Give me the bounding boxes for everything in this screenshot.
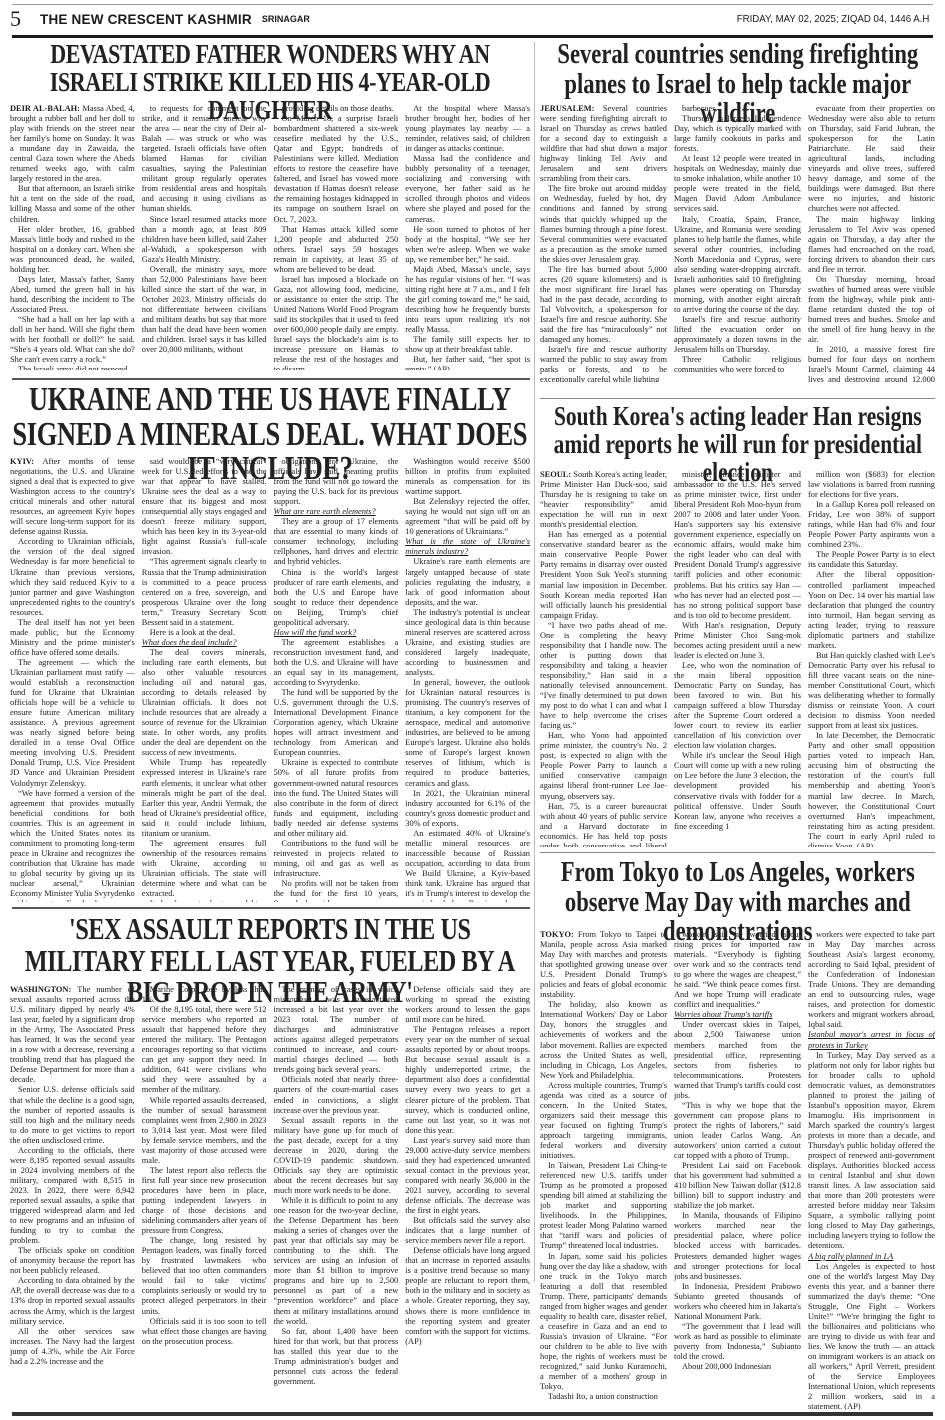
story-columns: WASHINGTON: The number of sexual assault… <box>10 985 530 1405</box>
paragraph: The holiday, also known as International… <box>540 1000 667 1080</box>
paragraph: In a Gallup Korea poll released on Frida… <box>808 500 935 550</box>
paragraph: Overall, the ministry says, more than 52… <box>142 265 267 355</box>
paragraph: While reported assaults decreased, the n… <box>142 1096 267 1166</box>
paragraph: “She had a ball on her lap with a doll i… <box>10 315 135 365</box>
story-column: TOKYO: From Tokyo to Taipei to Manila, p… <box>540 930 667 1410</box>
paragraph: “This is why we hope that the government… <box>674 1101 801 1161</box>
bottom-rule <box>12 1412 933 1416</box>
story-column: workers were expected to take part in Ma… <box>808 930 935 1410</box>
paragraph: Her older brother, 16, grabbed Massa's l… <box>10 225 135 275</box>
story-columns: KYIV: After months of tense negotiations… <box>10 457 530 902</box>
dateline: WASHINGTON: <box>10 985 77 994</box>
paragraph: “We have formed a version of the agreeme… <box>10 789 135 902</box>
paragraph: SEOUL: South Korea's acting leader, Prim… <box>540 470 667 530</box>
paragraph: In Manila, thousands of Filipino workers… <box>674 1211 801 1281</box>
paragraph: evacuate from their properties on Wednes… <box>808 104 935 215</box>
paragraph: According to Ukrainian officials, the ve… <box>10 537 135 617</box>
subheading: Worries about Trump's tariffs <box>674 1010 801 1020</box>
story-column: WASHINGTON: The number of sexual assault… <box>10 985 135 1405</box>
section-rule <box>540 852 935 853</box>
story-column: to requests for comment on the strike, a… <box>142 104 267 370</box>
paragraph: minister, finance minister and ambassado… <box>674 470 801 621</box>
story-mayday: From Tokyo to Los Angeles, workers obser… <box>540 858 935 1410</box>
section-rule <box>540 398 935 399</box>
paragraph: According to the officials, there were 8… <box>10 1146 135 1246</box>
paragraph: Officials said it is too soon to tell wh… <box>142 1317 267 1347</box>
paragraph: The agreement establishes a reconstructi… <box>274 638 399 688</box>
paragraph: Massa had the confidence and bubbly pers… <box>405 154 530 224</box>
headline: South Korea's acting leader Han resigns … <box>540 402 934 466</box>
paragraph: Sexual assault reports in the military h… <box>274 1116 399 1196</box>
paragraph: “I have two paths ahead of me. One is co… <box>540 621 667 732</box>
story-military: 'SEX ASSAULT REPORTS IN THE US MILITARY … <box>10 913 530 1408</box>
paragraph: So far, about 1,400 have been hired for … <box>274 1327 399 1387</box>
section-rule <box>12 907 530 909</box>
paragraph: Lee, who won the nomination of the main … <box>674 661 801 751</box>
paragraph: The family still expects her to show up … <box>405 335 530 355</box>
issue-date: FRIDAY, MAY 02, 2025; ZIQAD 04, 1446 A.H <box>736 13 929 25</box>
paragraph: Ukraine is expected to contribute 50% of… <box>274 758 399 838</box>
headline: 'SEX ASSAULT REPORTS IN THE US MILITARY … <box>10 913 529 981</box>
headline: From Tokyo to Los Angeles, workers obser… <box>540 858 934 926</box>
paragraph: Italy, Croatia, Spain, France, Ukraine, … <box>674 215 801 315</box>
paragraph: Defense officials said they are working … <box>405 985 530 1025</box>
paragraph: The agreement ensures full ownership of … <box>142 839 267 899</box>
story-korea: South Korea's acting leader Han resigns … <box>540 402 935 847</box>
paragraph: Washington would receive $500 billion in… <box>405 457 530 497</box>
paragraph: But Zelenskyy rejected the offer, saying… <box>405 497 530 537</box>
paragraph: After the liberal opposition-controlled … <box>808 570 935 650</box>
story-ukraine: UKRAINE AND THE US HAVE FINALLY SIGNED A… <box>10 383 530 903</box>
paragraph: Here is a look at the deal. <box>142 628 267 638</box>
paragraph: “The government that I lead will work as… <box>674 1322 801 1362</box>
subheading: Istanbul mayor's arrest in focus of prot… <box>808 1030 935 1050</box>
paragraph: Senior U.S. defense officials said that … <box>10 1085 135 1145</box>
paragraph: In Taiwan, President Lai Ching-te refere… <box>540 1161 667 1251</box>
paragraph: Of the 8,195 total, there were 512 servi… <box>142 1005 267 1095</box>
paragraph: Under overcast skies in Taipei, about 2,… <box>674 1020 801 1100</box>
paragraph: The officials spoke on condition of anon… <box>10 1246 135 1276</box>
story-gaza: DEVASTATED FATHER WONDERS WHY AN ISRAELI… <box>10 40 530 370</box>
dateline: SEOUL: <box>540 470 573 479</box>
story-wildfire: Several countries sending firefighting p… <box>540 40 935 382</box>
paragraph: Han, 75, is a career bureaucrat with abo… <box>540 802 667 847</box>
paragraph: Last year's survey said more than 29,000… <box>405 1136 530 1216</box>
story-column: At the hospital where Massa's brother br… <box>405 104 530 370</box>
story-column: The number of cases in which misconduct … <box>274 985 399 1405</box>
story-columns: SEOUL: South Korea's acting leader, Prim… <box>540 470 935 847</box>
paragraph: Han has emerged as a potential conservat… <box>540 530 667 620</box>
paragraph: They are a group of 17 elements that are… <box>274 517 399 567</box>
story-column: DEIR AL-BALAH: Massa Abed, 4, brought a … <box>10 104 135 370</box>
paragraph: Across multiple countries, Trump's agend… <box>540 1081 667 1161</box>
story-column: obligations for Ukraine, the officials h… <box>274 457 399 902</box>
paragraph: Israel's fire and rescue authority lifte… <box>674 315 801 355</box>
paragraph: But Han quickly clashed with Lee's Democ… <box>808 651 935 731</box>
paragraph: Ukraine's rare earth elements are largel… <box>405 557 530 607</box>
paragraph: The main highway linking Jerusalem to Te… <box>808 215 935 275</box>
paragraph: workers were expected to take part in Ma… <box>808 930 935 1030</box>
paragraph: WASHINGTON: The number of sexual assault… <box>10 985 135 1085</box>
paragraph: About 200,000 Indonesian <box>674 1362 801 1372</box>
paragraph: The deal itself has not yet been made pu… <box>10 618 135 658</box>
paragraph: While Trump has repeatedly expressed int… <box>142 758 267 838</box>
paragraph: The industry's potential is unclear sinc… <box>405 608 530 678</box>
paragraph: In late December, the Democratic Party a… <box>808 731 935 847</box>
paragraph: No profits will not be taken from the fu… <box>274 879 399 902</box>
masthead: 5 THE NEW CRESCENT KASHMIR SRINAGAR FRID… <box>8 6 933 32</box>
paragraph: Israel's fire and rescue authority warne… <box>540 345 667 382</box>
paragraph: The fund will be supported by the U.S. g… <box>274 688 399 758</box>
story-column: SEOUL: South Korea's acting leader, Prim… <box>540 470 667 847</box>
paragraph: Officials noted that nearly three-quarte… <box>274 1075 399 1115</box>
paragraph: Los Angeles is expected to host one of t… <box>808 1262 935 1410</box>
story-column: million won ($683) for election law viol… <box>808 470 935 847</box>
story-column: providing details on those deaths.On Mar… <box>274 104 399 370</box>
paragraph: China is the world's largest producer of… <box>274 568 399 628</box>
dateline: KYIV: <box>10 457 42 466</box>
story-column: Marine Corps rose by less than 1%.Of the… <box>142 985 267 1405</box>
paragraph: In 2021, the Ukrainian mineral industry … <box>405 789 530 829</box>
paragraph: The change, long resisted by Pentagon le… <box>142 1236 267 1316</box>
paragraph: The agreement — which the Ukrainian parl… <box>10 658 135 789</box>
story-column: said would be a “very critical” week for… <box>142 457 267 902</box>
paragraph: In general, however, the outlook for Ukr… <box>405 678 530 789</box>
story-column: worker, said he worried about rising pri… <box>674 930 801 1410</box>
headline: Several countries sending firefighting p… <box>540 40 934 100</box>
page-number: 5 <box>10 6 32 32</box>
paragraph: DEIR AL-BALAH: Massa Abed, 4, brought a … <box>10 104 135 184</box>
paragraph: That Hamas attack killed some 1,200 peop… <box>274 225 399 275</box>
paragraph: President Lai said on Facebook that his … <box>674 1161 801 1211</box>
headline: UKRAINE AND THE US HAVE FINALLY SIGNED A… <box>10 383 529 453</box>
paragraph: Since Israel resumed attacks more than a… <box>142 215 267 265</box>
paragraph: In 2010, a massive forest fire burned fo… <box>808 345 935 382</box>
paragraph: While it is difficult to point to any on… <box>274 1196 399 1327</box>
story-columns: TOKYO: From Tokyo to Taipei to Manila, p… <box>540 930 935 1410</box>
paragraph: Israel has imposed a blockade on Gaza, n… <box>274 275 399 370</box>
story-column: evacuate from their properties on Wednes… <box>808 104 935 382</box>
paragraph: The deal covers minerals, including rare… <box>142 648 267 759</box>
story-column: barbecues.Thursday is Israel's Independe… <box>674 104 801 382</box>
paragraph: The fire has burned about 5,000 acres (2… <box>540 265 667 345</box>
paragraph: But that afternoon, an Israeli strike hi… <box>10 184 135 224</box>
paragraph: On Thursday morning, broad swathes of bu… <box>808 275 935 345</box>
dateline: TOKYO: <box>540 930 578 939</box>
subheading: A big rally planned in LA <box>808 1252 935 1262</box>
story-columns: DEIR AL-BALAH: Massa Abed, 4, brought a … <box>10 104 530 370</box>
story-column: minister, finance minister and ambassado… <box>674 470 801 847</box>
paragraph: In Indonesia, President Prabowo Subianto… <box>674 1282 801 1322</box>
paragraph: But, her father said, “her spot is empty… <box>405 355 530 370</box>
paragraph: But officials said the survey also indic… <box>405 1216 530 1246</box>
paragraph: While it's unclear the Seoul High Court … <box>674 751 801 831</box>
headline: DEVASTATED FATHER WONDERS WHY AN ISRAELI… <box>10 40 530 100</box>
section-rule <box>12 378 530 380</box>
paragraph: Majdi Abed, Massa's uncle, says he has r… <box>405 265 530 335</box>
paragraph: At the hospital where Massa's brother br… <box>405 104 530 154</box>
column-divider <box>534 42 535 1282</box>
paragraph: An estimated 40% of Ukraine's metallic m… <box>405 829 530 902</box>
story-column: KYIV: After months of tense negotiations… <box>10 457 135 902</box>
paragraph: The Pentagon releases a report every yea… <box>405 1025 530 1136</box>
edition-city: SRINAGAR <box>262 14 310 24</box>
paragraph: With Han's resignation, Deputy Prime Min… <box>674 621 801 661</box>
top-rule <box>12 4 933 5</box>
paragraph: million won ($683) for election law viol… <box>808 470 935 500</box>
story-column: Washington would receive $500 billion in… <box>405 457 530 902</box>
paragraph: In Turkey, May Day served as a platform … <box>808 1051 935 1252</box>
paragraph: It also does not refer to any debt <box>142 899 267 902</box>
paragraph: The fire broke out around midday on Wedn… <box>540 184 667 264</box>
story-column: JERUSALEM: Several countries were sendin… <box>540 104 667 382</box>
paragraph: “This agreement signals clearly to Russi… <box>142 557 267 627</box>
paragraph: In Japan, some said his policies hung ov… <box>540 1252 667 1393</box>
masthead-rule <box>12 35 933 38</box>
story-column: Defense officials said they are working … <box>405 985 530 1405</box>
paper-name: THE NEW CRESCENT KASHMIR <box>40 12 252 27</box>
story-columns: JERUSALEM: Several countries were sendin… <box>540 104 935 382</box>
paragraph: At least 12 people were treated in hospi… <box>674 154 801 214</box>
paragraph: The People Power Party is to elect its c… <box>808 550 935 570</box>
subheading: What are rare earth elements? <box>274 507 399 517</box>
paragraph: Han, who Yoon had appointed prime minist… <box>540 731 667 801</box>
paragraph: Tadashi Ito, a union construction <box>540 1392 667 1402</box>
paragraph: Days later, Massa's father, Samy Abed, t… <box>10 275 135 315</box>
paragraph: Defense officials have long argued that … <box>405 1246 530 1346</box>
subheading: What does the deal include? <box>142 638 267 648</box>
paragraph: According to data obtained by the AP, th… <box>10 1276 135 1326</box>
paragraph: He soon turned to photos of her body at … <box>405 225 530 265</box>
paragraph: KYIV: After months of tense negotiations… <box>10 457 135 537</box>
dateline: JERUSALEM: <box>540 104 603 113</box>
paragraph: JERUSALEM: Several countries were sendin… <box>540 104 667 184</box>
subheading: How will the fund work? <box>274 628 399 638</box>
paragraph: Three Catholic religious communities who… <box>674 355 801 375</box>
paragraph: The Israeli army did not respond <box>10 365 135 370</box>
paragraph: The latest report also reflects the firs… <box>142 1166 267 1236</box>
subheading: What is the state of Ukraine's minerals … <box>405 537 530 557</box>
dateline: DEIR AL-BALAH: <box>10 104 82 113</box>
paragraph: Contributions to the fund will be reinve… <box>274 839 399 879</box>
paragraph: All the other services saw increases. Th… <box>10 1327 135 1367</box>
paragraph: On March 18, a surprise Israeli bombardm… <box>274 114 399 225</box>
paragraph: TOKYO: From Tokyo to Taipei to Manila, p… <box>540 930 667 1000</box>
